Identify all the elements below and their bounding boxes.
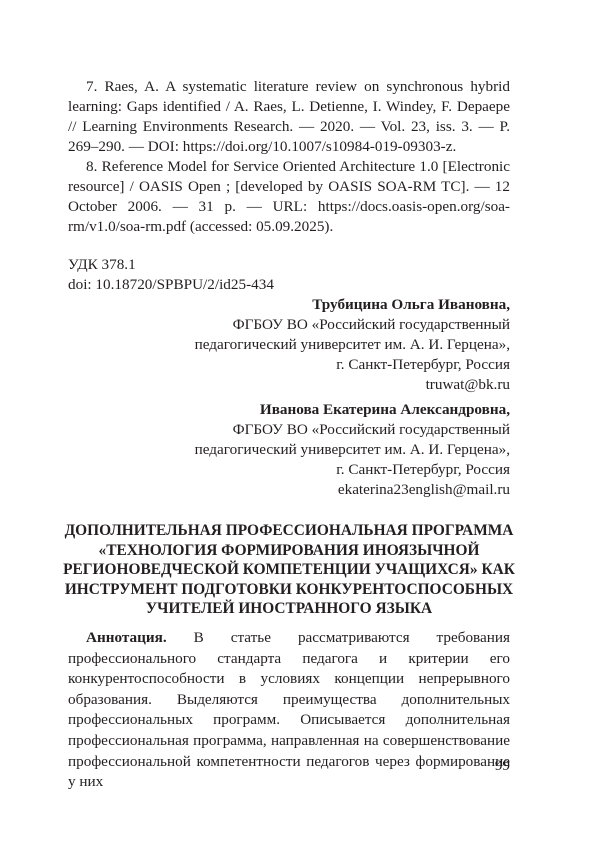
author-affiliation: педагогический университет им. А. И. Гер… bbox=[195, 335, 510, 355]
author-name: Трубицина Ольга Ивановна, bbox=[195, 295, 510, 315]
article-metadata: УДК 378.1 doi: 10.18720/SPBPU/2/id25-434 bbox=[68, 255, 274, 295]
author-affiliation: ФГБОУ ВО «Российский государственный bbox=[195, 420, 510, 440]
title-line: ДОПОЛНИТЕЛЬНАЯ ПРОФЕССИОНАЛЬНАЯ ПРОГРАММ… bbox=[62, 521, 516, 541]
author-block: Трубицина Ольга Ивановна, ФГБОУ ВО «Росс… bbox=[195, 295, 510, 395]
reference-item: 7. Raes, A. A systematic literature revi… bbox=[68, 77, 510, 157]
reference-text: Reference Model for Service Oriented Arc… bbox=[68, 158, 510, 235]
author-block: Иванова Екатерина Александровна, ФГБОУ В… bbox=[195, 400, 510, 500]
title-line: «ТЕХНОЛОГИЯ ФОРМИРОВАНИЯ ИНОЯЗЫЧНОЙ bbox=[62, 541, 516, 561]
author-name: Иванова Екатерина Александровна, bbox=[195, 400, 510, 420]
doi: doi: 10.18720/SPBPU/2/id25-434 bbox=[68, 275, 274, 295]
reference-number: 8. bbox=[86, 158, 97, 175]
author-email: ekaterina23english@mail.ru bbox=[195, 480, 510, 500]
abstract-label: Аннотация. bbox=[86, 629, 167, 646]
author-affiliation: ФГБОУ ВО «Российский государственный bbox=[195, 315, 510, 335]
title-line: РЕГИОНОВЕДЧЕСКОЙ КОМПЕТЕНЦИИ УЧАЩИХСЯ» К… bbox=[62, 560, 516, 580]
document-page: 7. Raes, A. A systematic literature revi… bbox=[68, 0, 510, 841]
abstract-text: В статье рассматриваются требования проф… bbox=[68, 629, 510, 790]
author-email: truwat@bk.ru bbox=[195, 375, 510, 395]
author-city: г. Санкт-Петербург, Россия bbox=[195, 460, 510, 480]
reference-item: 8. Reference Model for Service Oriented … bbox=[68, 157, 510, 237]
udk-code: УДК 378.1 bbox=[68, 255, 274, 275]
author-affiliation: педагогический университет им. А. И. Гер… bbox=[195, 440, 510, 460]
title-line: ИНСТРУМЕНТ ПОДГОТОВКИ КОНКУРЕНТОСПОСОБНЫ… bbox=[62, 580, 516, 600]
abstract: Аннотация. В статье рассматриваются треб… bbox=[68, 628, 510, 793]
author-city: г. Санкт-Петербург, Россия bbox=[195, 355, 510, 375]
reference-list: 7. Raes, A. A systematic literature revi… bbox=[68, 77, 510, 237]
reference-number: 7. bbox=[86, 78, 97, 95]
article-title: ДОПОЛНИТЕЛЬНАЯ ПРОФЕССИОНАЛЬНАЯ ПРОГРАММ… bbox=[62, 521, 516, 619]
title-line: УЧИТЕЛЕЙ ИНОСТРАННОГО ЯЗЫКА bbox=[62, 599, 516, 619]
page-number: 99 bbox=[495, 756, 510, 776]
reference-text: Raes, A. A systematic literature review … bbox=[68, 78, 510, 155]
